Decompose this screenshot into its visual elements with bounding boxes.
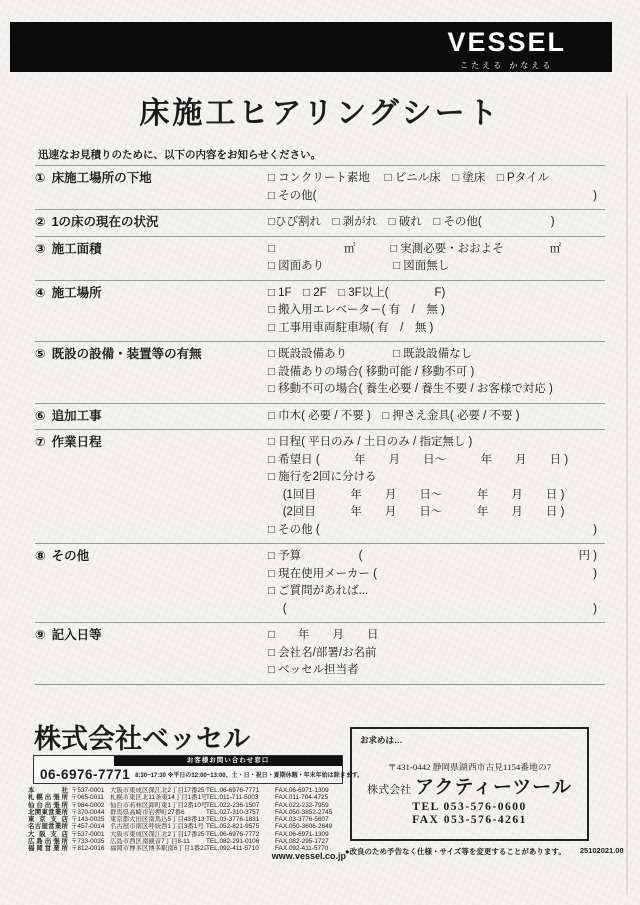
row-number: ⑧	[35, 549, 46, 563]
form-line-text: □ その他 (	[268, 522, 320, 540]
office-address: 広島市西区南観音7丁目8-11	[110, 838, 206, 845]
office-row: 東京支店 〒143-0025 東京都大田区南馬込5丁目43番13号 TEL.03…	[28, 816, 346, 823]
form-line-text: □ 予算 (	[268, 548, 362, 566]
form-line: □ 年 月 日	[268, 627, 605, 645]
office-zip: 〒537-0001	[71, 787, 110, 794]
dealer-fax: FAX 053-576-4261	[352, 814, 587, 827]
row-label: ②1の床の現在の状況	[35, 214, 268, 232]
form-line: □ その他 ( )	[268, 522, 605, 540]
office-row: 大阪支店 〒537-0001 大阪市東成区深江北2丁目17番25号 TEL.06…	[28, 831, 346, 838]
office-fax: FAX.082-295-1727	[275, 838, 346, 845]
office-address: 札幌市東区北11条東14丁目1番1号	[110, 794, 206, 801]
office-address: 東京都大田区南馬込5丁目43番13号	[110, 816, 206, 823]
row-label: ⑦作業日程	[35, 434, 268, 539]
office-fax: FAX.022-232-7959	[275, 802, 346, 809]
row-number: ⑨	[35, 628, 46, 642]
form-line: □ 希望日 ( 年 月 日～ 年 月 日 )	[268, 452, 605, 470]
row-label-text: 既設の設備・装置等の有無	[52, 347, 202, 361]
office-address: 大阪市東成区深江北2丁目17番25号	[110, 831, 206, 838]
form-row-6-additional-work: ⑥追加工事 □ 巾木( 必要 / 不要 ) □ 押さえ金具( 必要 / 不要 )	[35, 403, 605, 430]
row-content: □ 1F □ 2F □ 3F以上( F) □ 搬入用エレベーター( 有 / 無 …	[268, 285, 605, 338]
row-content: □ 年 月 日 □ 会社名/部署/お名前 □ ベッセル担当者	[268, 627, 605, 680]
form-row-5-existing-equipment: ⑤既設の設備・装置等の有無 □ 既設設備あり □ 既設設備なし □ 設備ありの場…	[35, 341, 605, 403]
office-row: 名古屋営業所 〒457-0014 名古屋市南区呼続西1丁目3番1号 TEL.05…	[28, 823, 346, 830]
row-label-text: その他	[52, 549, 90, 563]
website-url: www.vessel.co.jp	[28, 851, 346, 861]
office-address: 仙台市若林区卸町東1丁目2番10号	[110, 802, 206, 809]
office-fax: FAX.050-3852-2745	[275, 809, 346, 816]
form-line: □ 工事用車両駐車場( 有 / 無 )	[268, 320, 605, 338]
hotline-row: 06-6976-7771 8:30~17:30 ※平日の12:00~13:00、…	[40, 765, 340, 783]
form-line: □ 設備ありの場合( 移動可能 / 移動不可 )	[268, 364, 605, 382]
office-fax: FAX.06-6971-1309	[275, 831, 346, 838]
form-line: □ コンクリート素地 □ ビニル床 □ 塗床 □ Pタイル	[268, 170, 605, 188]
form-line: □ 移動不可の場合( 養生必要 / 養生不要 / お客様で対応 )	[268, 381, 605, 399]
form-row-3-area: ③施工面積 □ ㎡ □ 実測必要・おおよそ ㎡ □ 図面あり □ 図面無し	[35, 236, 605, 280]
form-line: □ その他( )	[268, 188, 605, 206]
form-line: □ 会社名/部署/お名前	[268, 645, 605, 663]
office-tel: TEL.052-821-9575	[206, 823, 275, 830]
form-line: ( )	[268, 601, 605, 619]
office-tel: TEL.082-291-0106	[206, 838, 275, 845]
form-row-7-schedule: ⑦作業日程 □ 日程( 平日のみ / 土日のみ / 指定無し ) □ 希望日 (…	[35, 429, 605, 543]
row-label-text: 施工場所	[52, 286, 102, 300]
row-content: □ひび割れ □ 剥がれ □ 破れ □ その他( )	[268, 214, 605, 232]
hotline-phone-number: 06-6976-7771	[40, 767, 130, 782]
row-number: ①	[35, 171, 46, 185]
form-line-text: □ 現在使用メーカー (	[268, 566, 377, 584]
dealer-contact: TEL 053-576-0600 FAX 053-576-4261	[352, 801, 587, 827]
office-tel: TEL.027-310-3757	[206, 809, 275, 816]
office-tel: TEL.06-6976-7771	[206, 787, 275, 794]
office-fax: FAX.06-6971-1309	[275, 787, 346, 794]
form-line: □ 1F □ 2F □ 3F以上( F)	[268, 285, 605, 303]
form-line: □ 搬入用エレベーター( 有 / 無 )	[268, 302, 605, 320]
hearing-form: ①床施工場所の下地 □ コンクリート素地 □ ビニル床 □ 塗床 □ Pタイル …	[35, 165, 605, 685]
row-number: ⑥	[35, 409, 46, 423]
row-number: ②	[35, 215, 46, 229]
dealer-heading: お求めは…	[360, 734, 403, 746]
form-line: □ 日程( 平日のみ / 土日のみ / 指定無し )	[268, 434, 605, 452]
dealer-company-brand: アクティーツール	[415, 777, 572, 798]
row-content: □ ㎡ □ 実測必要・おおよそ ㎡ □ 図面あり □ 図面無し	[268, 241, 605, 276]
office-name: 名古屋営業所	[28, 823, 68, 830]
form-line: (1回目 年 月 日～ 年 月 日 )	[268, 487, 605, 505]
office-row: 仙台出張所 〒984-0002 仙台市若林区卸町東1丁目2番10号 TEL.02…	[28, 802, 346, 809]
office-zip: 〒370-0044	[71, 809, 110, 816]
office-name: 大阪支店	[28, 831, 68, 838]
form-line: □ 予算 ( 円 )	[268, 548, 605, 566]
row-label: ⑥追加工事	[35, 408, 268, 426]
hotline-hours: 8:30~17:30 ※平日の12:00~13:00、土・日・祝日・夏期休暇・年…	[135, 770, 363, 779]
office-row: 本社 〒537-0001 大阪市東成区深江北2丁目17番25号 TEL.06-6…	[28, 787, 346, 794]
office-fax: FAX.03-3776-5607	[275, 816, 346, 823]
form-line-paren: )	[593, 188, 597, 206]
office-tel: TEL.06-6976-7772	[206, 831, 275, 838]
row-content: □ 既設設備あり □ 既設設備なし □ 設備ありの場合( 移動可能 / 移動不可…	[268, 346, 605, 399]
company-name: 株式会社ベッセル	[34, 717, 250, 756]
form-line-paren: )	[593, 566, 597, 584]
form-line-paren: )	[593, 601, 597, 619]
row-label-text: 1の床の現在の状況	[52, 215, 159, 229]
form-intro: 迅速なお見積りのために、以下の内容をお知らせください。	[38, 147, 321, 162]
form-row-1-substrate: ①床施工場所の下地 □ コンクリート素地 □ ビニル床 □ 塗床 □ Pタイル …	[35, 165, 605, 209]
dealer-company-name: 株式会社 アクティーツール	[352, 772, 587, 799]
form-line: □ 施行を2回に分ける	[268, 469, 605, 487]
office-tel: TEL.022-236-1507	[206, 802, 275, 809]
form-line: □ ㎡ □ 実測必要・おおよそ ㎡	[268, 241, 605, 259]
office-row: 広島出張所 〒733-0035 広島市西区南観音7丁目8-11 TEL.082-…	[28, 838, 346, 845]
row-content: □ 日程( 平日のみ / 土日のみ / 指定無し ) □ 希望日 ( 年 月 日…	[268, 434, 605, 539]
office-tel: TEL.011-711-5003	[206, 794, 275, 801]
office-name: 仙台出張所	[28, 802, 68, 809]
row-number: ③	[35, 242, 46, 256]
office-row: 北関東営業所 〒370-0044 群馬県高崎市岩押町27番6 TEL.027-3…	[28, 809, 346, 816]
row-label: ⑨記入日等	[35, 627, 268, 680]
row-label: ④施工場所	[35, 285, 268, 338]
form-row-9-entry-date: ⑨記入日等 □ 年 月 日 □ 会社名/部署/お名前 □ ベッセル担当者	[35, 622, 605, 684]
document-code: 25102021.00	[580, 846, 624, 857]
row-content: □ 予算 ( 円 ) □ 現在使用メーカー ( ) □ ご質問があれば... (…	[268, 548, 605, 618]
form-line-paren: )	[593, 522, 597, 540]
row-label-text: 作業日程	[52, 435, 102, 449]
row-label: ①床施工場所の下地	[35, 170, 268, 205]
vessel-header-banner: VESSEL こたえる かなえる	[10, 22, 612, 72]
scanned-form-page: VESSEL こたえる かなえる 床施工ヒアリングシート 迅速なお見積りのために…	[0, 0, 640, 905]
office-address: 名古屋市南区呼続西1丁目3番1号	[110, 823, 206, 830]
office-zip: 〒457-0014	[71, 823, 110, 830]
row-label-text: 床施工場所の下地	[52, 171, 152, 185]
row-number: ⑤	[35, 347, 46, 361]
row-label-text: 記入日等	[52, 628, 102, 642]
office-name: 札幌出張所	[28, 794, 68, 801]
row-content: □ 巾木( 必要 / 不要 ) □ 押さえ金具( 必要 / 不要 )	[268, 408, 605, 426]
hotline-box: お客様お問い合わせ窓口 06-6976-7771 8:30~17:30 ※平日の…	[33, 755, 343, 784]
form-title: 床施工ヒアリングシート	[0, 88, 640, 132]
form-line: □ひび割れ □ 剥がれ □ 破れ □ その他( )	[268, 214, 605, 232]
form-row-2-current-state: ②1の床の現在の状況 □ひび割れ □ 剥がれ □ 破れ □ その他( )	[35, 209, 605, 236]
scan-artifact-line	[626, 95, 628, 895]
dealer-tel: TEL 053-576-0600	[352, 801, 587, 814]
form-line: □ 図面あり □ 図面無し	[268, 258, 605, 276]
vessel-logo-block: VESSEL こたえる かなえる	[447, 29, 566, 71]
dealer-company-prefix: 株式会社	[367, 784, 411, 796]
form-row-4-location: ④施工場所 □ 1F □ 2F □ 3F以上( F) □ 搬入用エレベーター( …	[35, 280, 605, 342]
row-number: ⑦	[35, 435, 46, 449]
form-line-paren: 円 )	[578, 548, 597, 566]
vessel-logo: VESSEL	[447, 29, 566, 56]
office-zip: 〒537-0001	[71, 831, 110, 838]
row-label: ⑧その他	[35, 548, 268, 618]
office-row: 札幌出張所 〒065-0011 札幌市東区北11条東14丁目1番1号 TEL.0…	[28, 794, 346, 801]
bottom-note: ●改良のため予告なく仕様・サイズ等を変更することがあります。 25102021.…	[345, 846, 625, 857]
office-fax: FAX.050-3606-2649	[275, 823, 346, 830]
revision-note: ●改良のため予告なく仕様・サイズ等を変更することがあります。	[345, 846, 566, 857]
office-fax: FAX.011-704-4725	[275, 794, 346, 801]
row-content: □ コンクリート素地 □ ビニル床 □ 塗床 □ Pタイル □ その他( )	[268, 170, 605, 205]
office-zip: 〒984-0002	[71, 802, 110, 809]
office-zip: 〒143-0025	[71, 816, 110, 823]
form-line: □ 巾木( 必要 / 不要 ) □ 押さえ金具( 必要 / 不要 )	[268, 408, 605, 426]
office-tel: TEL.03-3776-1831	[206, 816, 275, 823]
dealer-box: お求めは… 〒431-0442 静岡県湖西市古見1154番地の7 株式会社 アク…	[350, 727, 589, 841]
office-address: 群馬県高崎市岩押町27番6	[110, 809, 206, 816]
row-label: ③施工面積	[35, 241, 268, 276]
form-line: (2回目 年 月 日～ 年 月 日 )	[268, 504, 605, 522]
row-label: ⑤既設の設備・装置等の有無	[35, 346, 268, 399]
office-address: 大阪市東成区深江北2丁目17番25号	[110, 787, 206, 794]
row-label-text: 追加工事	[52, 409, 102, 423]
office-zip: 〒733-0035	[71, 838, 110, 845]
office-list: 本社 〒537-0001 大阪市東成区深江北2丁目17番25号 TEL.06-6…	[28, 787, 346, 853]
form-line: □ ベッセル担当者	[268, 662, 605, 680]
form-line-text: □ その他(	[268, 188, 316, 206]
row-label-text: 施工面積	[52, 242, 102, 256]
form-line: □ ご質問があれば...	[268, 583, 605, 601]
office-zip: 〒065-0011	[71, 794, 110, 801]
vessel-tagline: こたえる かなえる	[447, 60, 566, 71]
row-number: ④	[35, 286, 46, 300]
form-line: □ 現在使用メーカー ( )	[268, 566, 605, 584]
form-line: □ 既設設備あり □ 既設設備なし	[268, 346, 605, 364]
form-row-8-other: ⑧その他 □ 予算 ( 円 ) □ 現在使用メーカー ( ) □ ご質問があれば…	[35, 543, 605, 622]
form-line-text: (	[268, 601, 287, 619]
